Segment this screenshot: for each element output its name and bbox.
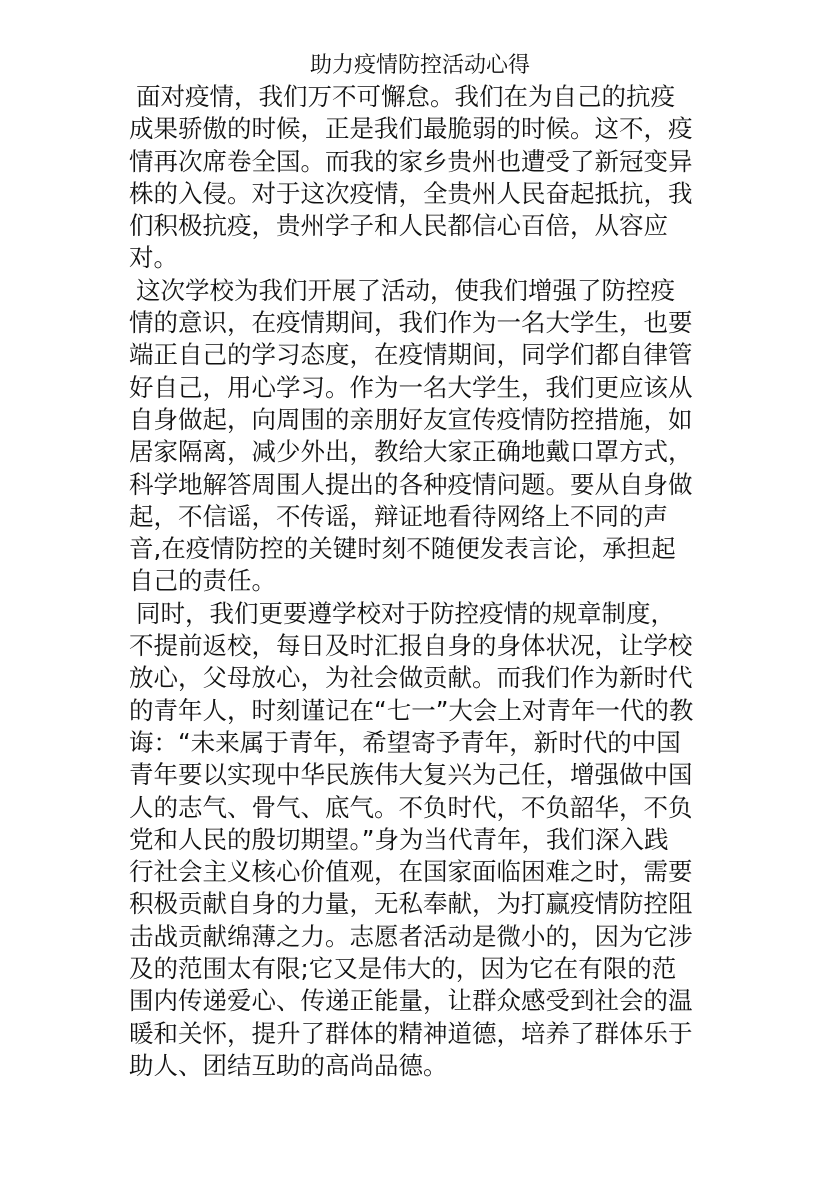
text-line: 暖和关怀，提升了群体的精神道德，培养了群体乐于	[129, 1018, 729, 1050]
paragraph-1: 面对疫情，我们万不可懈怠。我们在为自己的抗疫 成果骄傲的时候，正是我们最脆弱的时…	[129, 81, 729, 275]
text-line: 音,在疫情防控的关键时刻不随便发表言论，承担起	[129, 533, 729, 565]
text-line: 及的范围太有限;它又是伟大的，因为它在有限的范	[129, 953, 729, 985]
text-line: 自己的责任。	[129, 565, 729, 597]
text-line: 面对疫情，我们万不可懈怠。我们在为自己的抗疫	[129, 81, 729, 113]
paragraph-2: 这次学校为我们开展了活动，使我们增强了防控疫 情的意识，在疫情期间，我们作为一名…	[129, 275, 729, 598]
text-line: 情的意识，在疫情期间，我们作为一名大学生，也要	[129, 307, 729, 339]
text-line: 围内传递爱心、传递正能量，让群众感受到社会的温	[129, 985, 729, 1017]
document-title: 助力疫情防控活动心得	[0, 51, 828, 81]
text-line: 党和人民的殷切期望。”身为当代青年，我们深入践	[129, 824, 729, 856]
text-line: 的青年人，时刻谨记在“七一”大会上对青年一代的教	[129, 695, 729, 727]
document-page: 助力疫情防控活动心得 面对疫情，我们万不可懈怠。我们在为自己的抗疫 成果骄傲的时…	[0, 0, 828, 1179]
text-line: 放心，父母放心，为社会做贡献。而我们作为新时代	[129, 662, 729, 694]
text-line: 助人、团结互助的高尚品德。	[129, 1050, 729, 1082]
text-line: 诲：“未来属于青年，希望寄予青年，新时代的中国	[129, 727, 729, 759]
text-line: 株的入侵。对于这次疫情，全贵州人民奋起抵抗，我	[129, 178, 729, 210]
text-line: 情再次席卷全国。而我的家乡贵州也遭受了新冠变异	[129, 146, 729, 178]
text-line: 端正自己的学习态度，在疫情期间，同学们都自律管	[129, 339, 729, 371]
text-line: 们积极抗疫，贵州学子和人民都信心百倍，从容应	[129, 210, 729, 242]
text-line: 人的志气、骨气、底气。不负时代，不负韶华，不负	[129, 792, 729, 824]
text-line: 行社会主义核心价值观，在国家面临困难之时，需要	[129, 856, 729, 888]
text-line: 自身做起，向周围的亲朋好友宣传疫情防控措施，如	[129, 404, 729, 436]
text-line: 居家隔离，减少外出，教给大家正确地戴口罩方式，	[129, 436, 729, 468]
text-line: 青年要以实现中华民族伟大复兴为己任，增强做中国	[129, 759, 729, 791]
text-line: 对。	[129, 242, 729, 274]
text-line: 好自己，用心学习。作为一名大学生，我们更应该从	[129, 372, 729, 404]
text-line: 这次学校为我们开展了活动，使我们增强了防控疫	[129, 275, 729, 307]
text-line: 成果骄傲的时候，正是我们最脆弱的时候。这不，疫	[129, 113, 729, 145]
text-line: 击战贡献绵薄之力。志愿者活动是微小的，因为它涉	[129, 921, 729, 953]
text-line: 积极贡献自身的力量，无私奉献，为打赢疫情防控阻	[129, 888, 729, 920]
text-line: 科学地解答周围人提出的各种疫情问题。要从自身做	[129, 469, 729, 501]
document-body: 面对疫情，我们万不可懈怠。我们在为自己的抗疫 成果骄傲的时候，正是我们最脆弱的时…	[129, 81, 729, 1082]
text-line: 同时，我们更要遵学校对于防控疫情的规章制度，	[129, 598, 729, 630]
text-line: 起，不信谣，不传谣，辩证地看待网络上不同的声	[129, 501, 729, 533]
paragraph-3: 同时，我们更要遵学校对于防控疫情的规章制度， 不提前返校，每日及时汇报自身的身体…	[129, 598, 729, 1082]
text-line: 不提前返校，每日及时汇报自身的身体状况，让学校	[129, 630, 729, 662]
